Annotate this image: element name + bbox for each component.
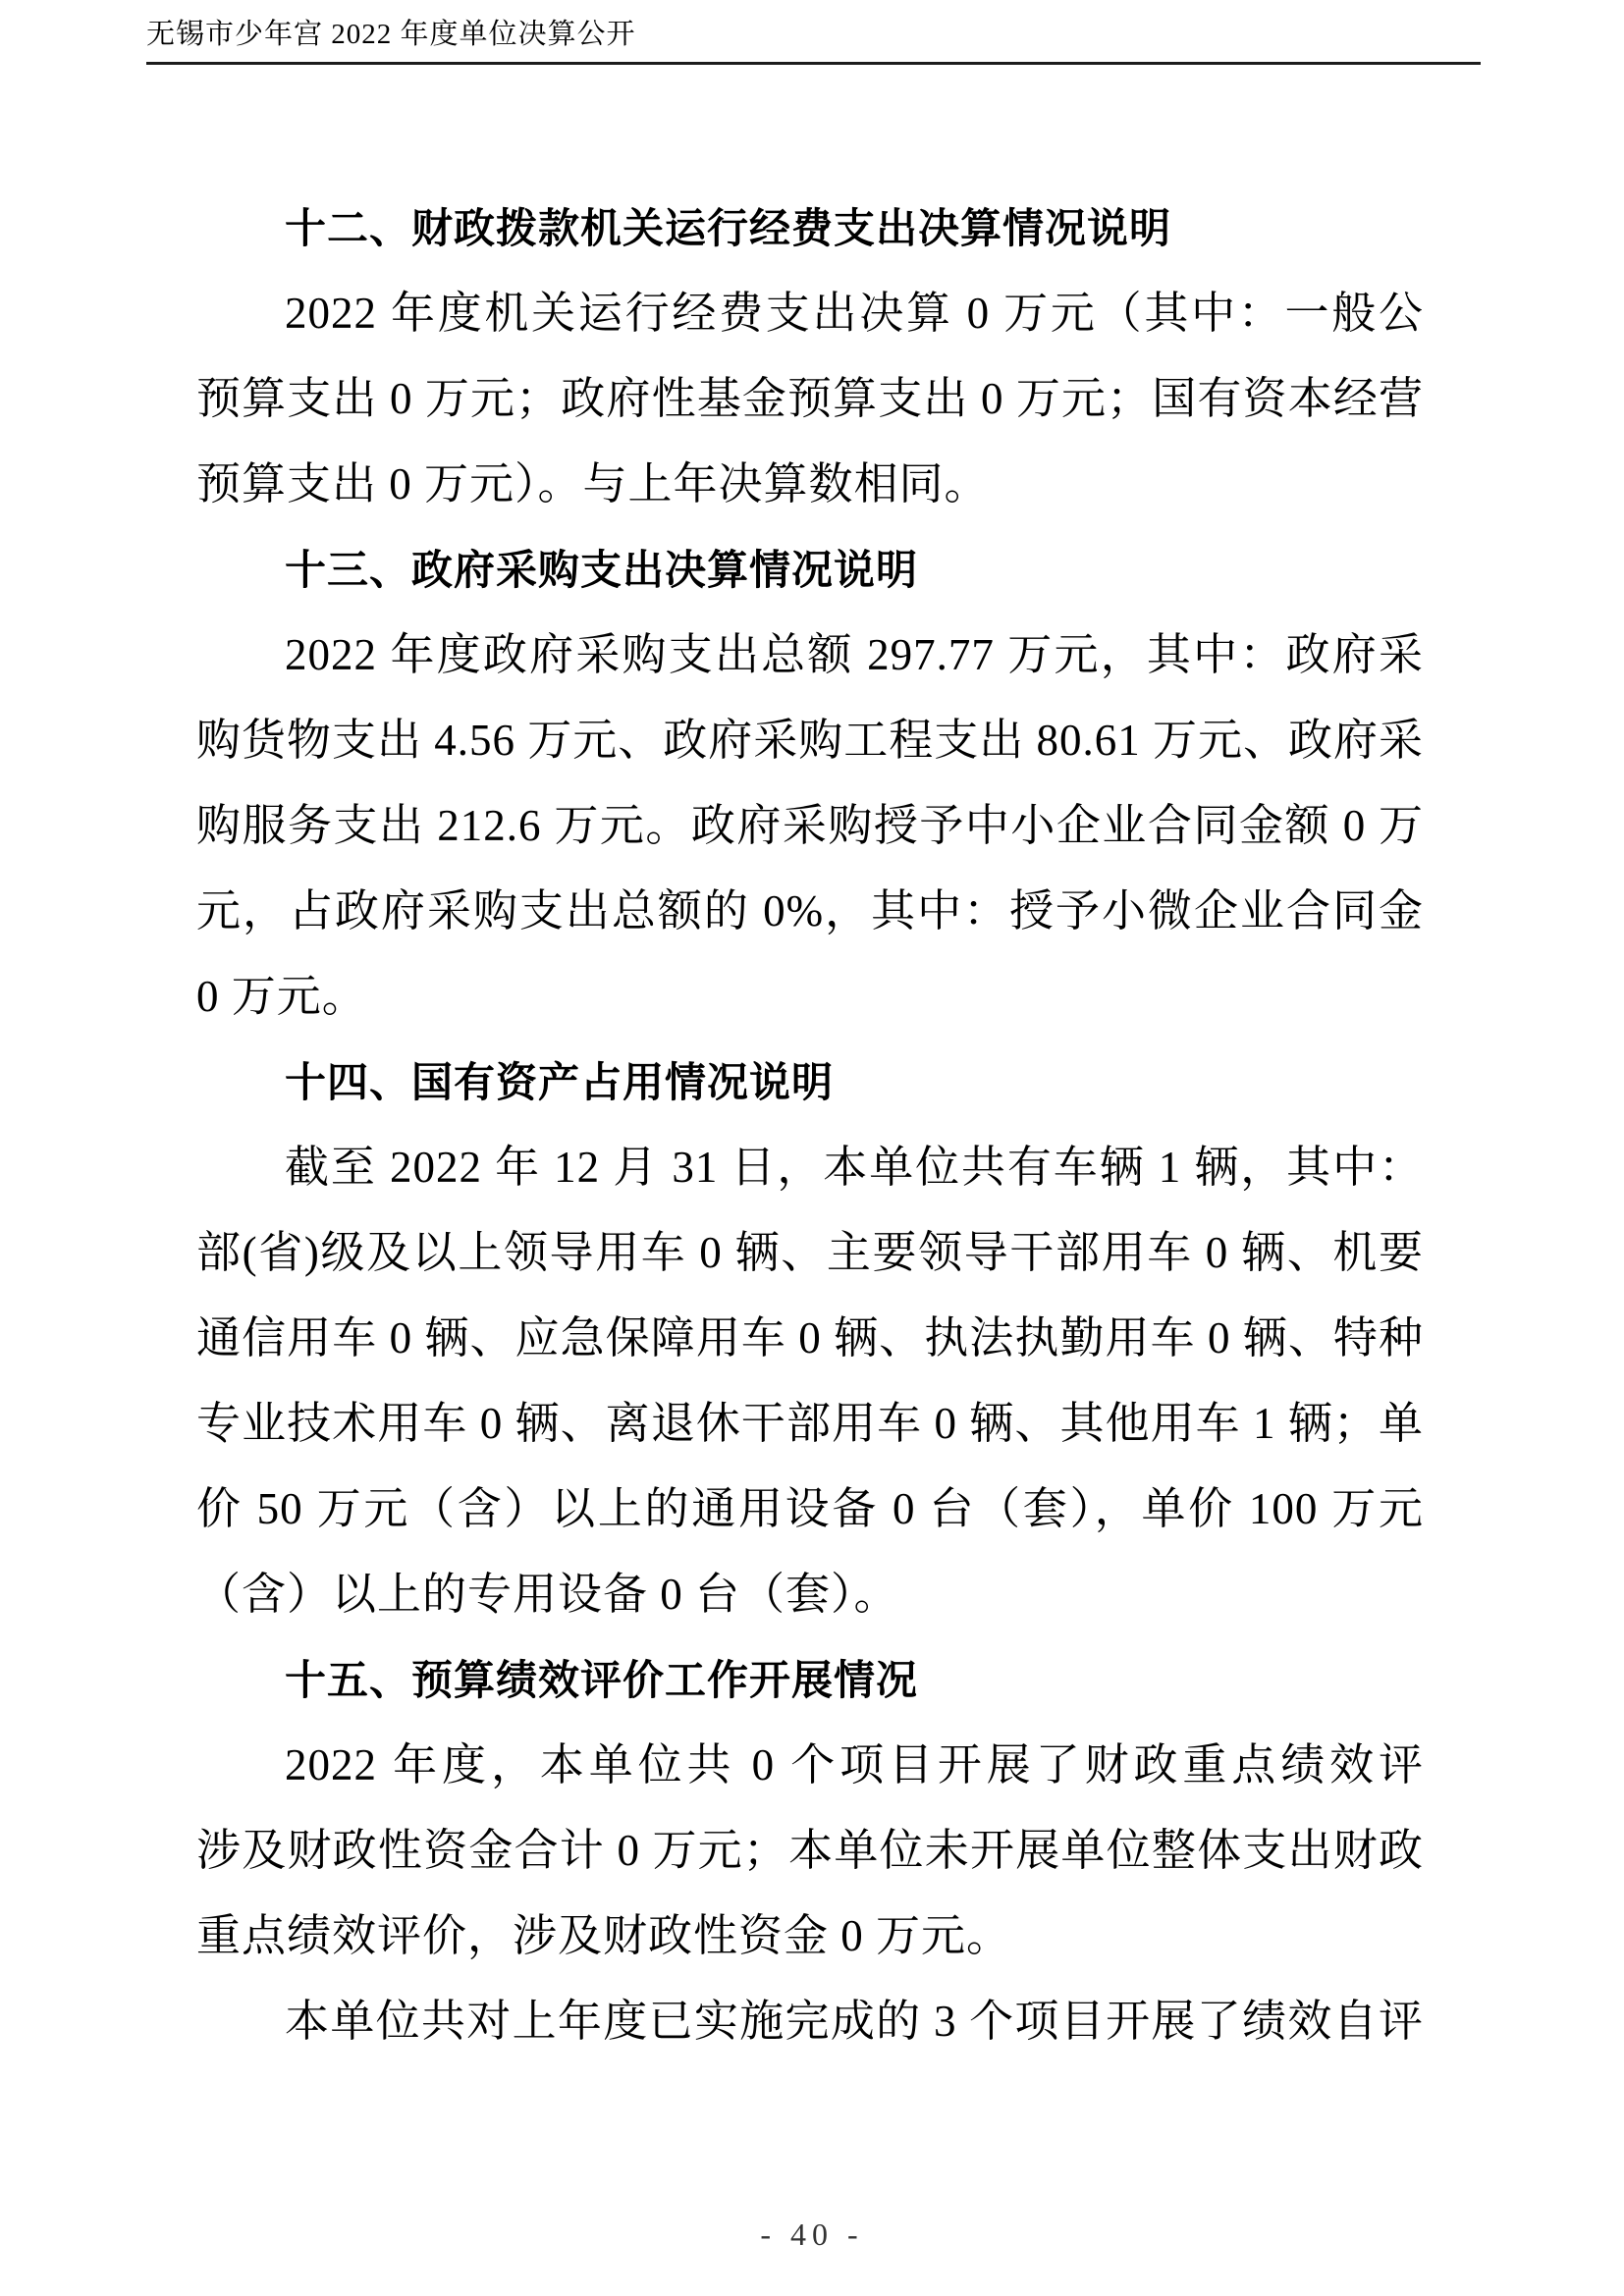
body-line: 2022 年度政府采购支出总额 297.77 万元，其中：政府采 [196, 613, 1424, 698]
section-heading-15: 十五、预算绩效评价工作开展情况 [196, 1637, 1424, 1723]
page-number: - 40 - [0, 2216, 1624, 2253]
document-body: 十二、财政拨款机关运行经费支出决算情况说明 2022 年度机关运行经费支出决算 … [196, 186, 1424, 2064]
section-heading-14: 十四、国有资产占用情况说明 [196, 1040, 1424, 1125]
body-line: 元，占政府采购支出总额的 0%，其中：授予小微企业合同金额 [196, 869, 1424, 954]
body-line: 预算支出 0 万元）。与上年决算数相同。 [196, 442, 1424, 527]
document-page: 无锡市少年宫 2022 年度单位决算公开 十二、财政拨款机关运行经费支出决算情况… [0, 0, 1624, 2296]
body-line: 2022 年度，本单位共 0 个项目开展了财政重点绩效评价， [196, 1723, 1424, 1808]
section-heading-13: 十三、政府采购支出决算情况说明 [196, 527, 1424, 613]
page-header: 无锡市少年宫 2022 年度单位决算公开 [146, 20, 1481, 65]
body-line: 2022 年度机关运行经费支出决算 0 万元（其中：一般公共 [196, 271, 1424, 356]
body-line: 0 万元。 [196, 954, 1424, 1040]
body-line: 价 50 万元（含）以上的通用设备 0 台（套），单价 100 万元 [196, 1467, 1424, 1552]
body-line: 专业技术用车 0 辆、离退休干部用车 0 辆、其他用车 1 辆；单 [196, 1381, 1424, 1467]
body-line: 部(省)级及以上领导用车 0 辆、主要领导干部用车 0 辆、机要 [196, 1210, 1424, 1296]
body-line: 购服务支出 212.6 万元。政府采购授予中小企业合同金额 0 万 [196, 783, 1424, 869]
body-line: 通信用车 0 辆、应急保障用车 0 辆、执法执勤用车 0 辆、特种 [196, 1296, 1424, 1381]
body-line: 涉及财政性资金合计 0 万元；本单位未开展单位整体支出财政 [196, 1808, 1424, 1894]
body-line: （含）以上的专用设备 0 台（套）。 [196, 1552, 1424, 1637]
body-line: 预算支出 0 万元；政府性基金预算支出 0 万元；国有资本经营 [196, 356, 1424, 442]
body-line: 重点绩效评价，涉及财政性资金 0 万元。 [196, 1894, 1424, 1979]
body-line: 购货物支出 4.56 万元、政府采购工程支出 80.61 万元、政府采 [196, 698, 1424, 783]
body-line: 截至 2022 年 12 月 31 日，本单位共有车辆 1 辆，其中：副 [196, 1125, 1424, 1210]
page-header-title: 无锡市少年宫 2022 年度单位决算公开 [146, 20, 1481, 51]
body-line: 本单位共对上年度已实施完成的 3 个项目开展了绩效自评 [196, 1979, 1424, 2064]
section-heading-12: 十二、财政拨款机关运行经费支出决算情况说明 [196, 186, 1424, 271]
